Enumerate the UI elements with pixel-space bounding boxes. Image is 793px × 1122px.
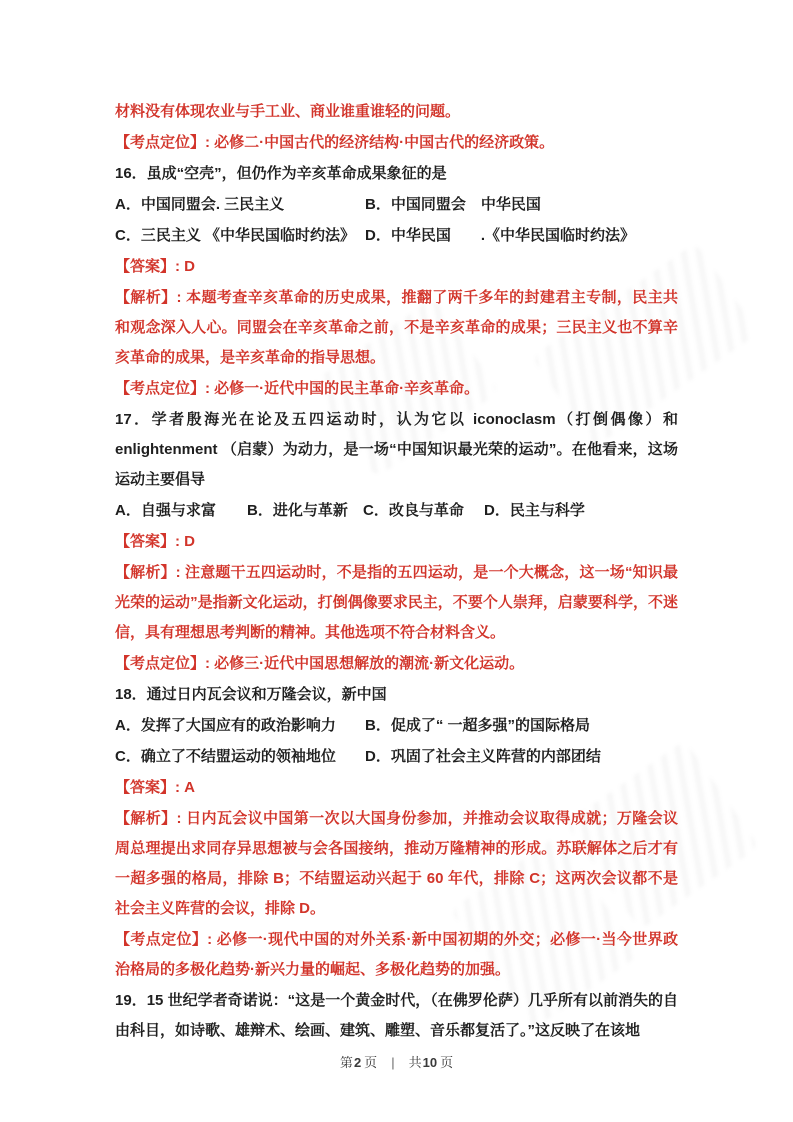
text-run: 19．15 世纪学者奇诺说：“这是一个黄金时代，（在佛罗伦萨）几乎所有以前消失的…	[115, 992, 678, 1039]
option-item: A．自强与求富	[115, 496, 247, 526]
option-item: B．促成了“ 一超多强”的国际格局	[365, 711, 590, 741]
analysis-18: 【解析】: 日内瓦会议中国第一次以大国身份参加，并推动会议取得成就；万隆会议周总…	[115, 804, 678, 924]
tag-label: 【考点定位】:	[115, 931, 217, 948]
kaodian-17: 【考点定位】: 必修三·近代中国思想解放的潮流·新文化运动。	[115, 649, 678, 679]
answer-16: 【答案】: D	[115, 252, 678, 282]
footer-total-prefix: 共	[409, 1055, 422, 1070]
option-item: D．中华民国 .《中华民国临时约法》	[365, 221, 635, 251]
document-page: 材料没有体现农业与手工业、商业谁重谁轻的问题。【考点定位】: 必修二·中国古代的…	[0, 0, 793, 1122]
tag-label: 【答案】:	[115, 533, 184, 550]
options-18-row2: C．确立了不结盟运动的领袖地位D．巩固了社会主义阵营的内部团结	[115, 742, 678, 772]
tag-label: 【解析】:	[115, 564, 185, 581]
option-item: C．确立了不结盟运动的领袖地位	[115, 742, 365, 772]
option-item: A．发挥了大国应有的政治影响力	[115, 711, 365, 741]
footer-separator: |	[391, 1053, 394, 1073]
footer-page-number: 2	[354, 1055, 361, 1070]
options-18-row1: A．发挥了大国应有的政治影响力B．促成了“ 一超多强”的国际格局	[115, 711, 678, 741]
tag-label: 【考点定位】:	[115, 134, 214, 151]
text-run: 18．通过日内瓦会议和万隆会议，新中国	[115, 686, 387, 703]
footer-page-prefix: 第	[340, 1055, 353, 1070]
text-run: D	[184, 533, 195, 550]
tag-label: 【考点定位】:	[115, 655, 214, 672]
text-run: 必修一·近代中国的民主革命·辛亥革命。	[214, 380, 479, 397]
text-run: 本题考查辛亥革命的历史成果，推翻了两千多年的封建君主专制，民主共和观念深入人心。…	[115, 289, 678, 366]
page-footer: 第2页|共10页	[0, 1053, 793, 1073]
text-run: D	[184, 258, 195, 275]
answer-17: 【答案】: D	[115, 527, 678, 557]
kaodian-16: 【考点定位】: 必修一·近代中国的民主革命·辛亥革命。	[115, 374, 678, 404]
text-run: 日内瓦会议中国第一次以大国身份参加，并推动会议取得成就；万隆会议周总理提出求同存…	[115, 810, 678, 917]
question-19: 19．15 世纪学者奇诺说：“这是一个黄金时代，（在佛罗伦萨）几乎所有以前消失的…	[115, 986, 678, 1042]
footer-total-number: 10	[423, 1055, 437, 1070]
option-item: C．三民主义 《中华民国临时约法》	[115, 221, 365, 251]
options-16-row2: C．三民主义 《中华民国临时约法》D．中华民国 .《中华民国临时约法》	[115, 221, 678, 251]
option-item: D．巩固了社会主义阵营的内部团结	[365, 742, 601, 772]
answer-18: 【答案】: A	[115, 773, 678, 803]
options-17: A．自强与求富B．进化与革新C．改良与革命D．民主与科学	[115, 496, 678, 526]
question-17: 17．学者殷海光在论及五四运动时，认为它以 iconoclasm（打倒偶像）和 …	[115, 405, 678, 495]
tag-label: 【答案】:	[115, 258, 184, 275]
question-16: 16．虽成“空壳”，但仍作为辛亥革命成果象征的是	[115, 159, 678, 189]
document-content: 材料没有体现农业与手工业、商业谁重谁轻的问题。【考点定位】: 必修二·中国古代的…	[115, 97, 678, 1042]
option-item: D．民主与科学	[484, 496, 585, 526]
analysis-16: 【解析】: 本题考查辛亥革命的历史成果，推翻了两千多年的封建君主专制，民主共和观…	[115, 283, 678, 373]
footer-page-suffix: 页	[364, 1055, 377, 1070]
question-18: 18．通过日内瓦会议和万隆会议，新中国	[115, 680, 678, 710]
text-run: A	[184, 779, 195, 796]
text-run: 必修二·中国古代的经济结构·中国古代的经济政策。	[214, 134, 554, 151]
option-item: C．改良与革命	[363, 496, 484, 526]
kaodian-18: 【考点定位】: 必修一·现代中国的对外关系·新中国初期的外交；必修一·当今世界政…	[115, 925, 678, 985]
option-item: B．进化与革新	[247, 496, 363, 526]
text-run: 材料没有体现农业与手工业、商业谁重谁轻的问题。	[115, 103, 460, 120]
tag-label: 【考点定位】:	[115, 380, 214, 397]
text-run: 注意题干五四运动时，不是指的五四运动，是一个大概念，这一场“知识最光荣的运动”是…	[115, 564, 678, 641]
footer-total-suffix: 页	[440, 1055, 453, 1070]
tag-label: 【解析】:	[115, 810, 186, 827]
options-16-row1: A．中国同盟会. 三民主义B．中国同盟会 中华民国	[115, 190, 678, 220]
kaodian-15: 【考点定位】: 必修二·中国古代的经济结构·中国古代的经济政策。	[115, 128, 678, 158]
tag-label: 【解析】:	[115, 289, 186, 306]
text-run: 17．学者殷海光在论及五四运动时，认为它以 iconoclasm（打倒偶像）和 …	[115, 411, 678, 488]
text-run: 16．虽成“空壳”，但仍作为辛亥革命成果象征的是	[115, 165, 447, 182]
option-item: A．中国同盟会. 三民主义	[115, 190, 365, 220]
text-run: 必修三·近代中国思想解放的潮流·新文化运动。	[214, 655, 524, 672]
option-item: B．中国同盟会 中华民国	[365, 190, 541, 220]
analysis-15-continued: 材料没有体现农业与手工业、商业谁重谁轻的问题。	[115, 97, 678, 127]
analysis-17: 【解析】: 注意题干五四运动时，不是指的五四运动，是一个大概念，这一场“知识最光…	[115, 558, 678, 648]
tag-label: 【答案】:	[115, 779, 184, 796]
